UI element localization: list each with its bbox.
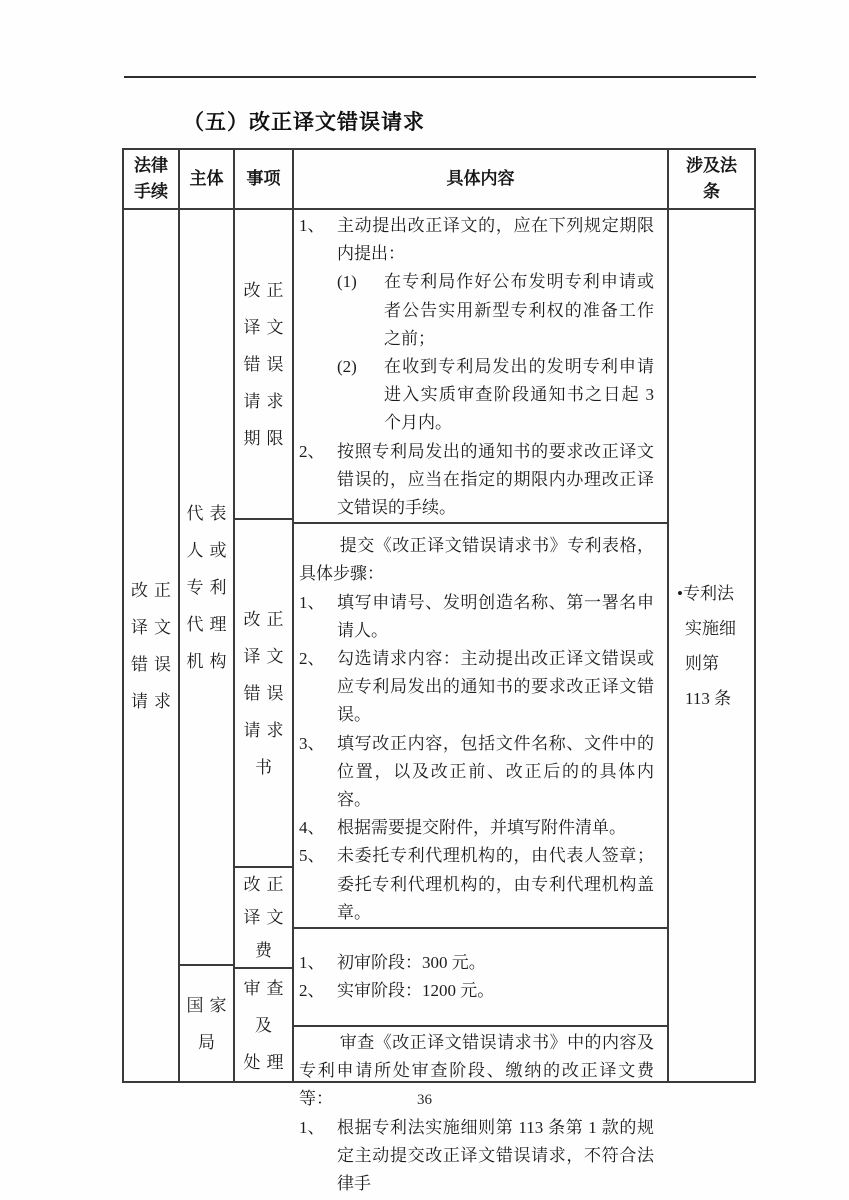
- item-marker: 1、: [299, 1114, 337, 1199]
- cell-item-fee: 改正译文费: [235, 868, 292, 969]
- vertical-text-line: 改正: [244, 601, 284, 638]
- vertical-text-line: 费: [255, 934, 272, 967]
- cell-details-request-form: 提交《改正译文错误请求书》专利表格，具体步骤：1、填写申请号、发明创造名称、第一…: [294, 524, 667, 929]
- text-line: 具体内容: [447, 166, 515, 192]
- detail-item: 2、按照专利局发出的通知书的要求改正译文错误的，应当在指定的期限内办理改正译文错…: [299, 438, 654, 523]
- text-line: 法律: [134, 153, 168, 179]
- detail-item: 3、填写改正内容，包括文件名称、文件中的位置，以及改正前、改正后的的具体内容。: [299, 730, 654, 815]
- detail-item: 5、未委托专利代理机构的，由代表人签章；委托专利代理机构的，由专利代理机构盖章。: [299, 842, 654, 927]
- item-marker: 1、: [299, 949, 337, 977]
- vertical-text-line: 及: [255, 1007, 272, 1044]
- item-text: 在专利局作好公布发明专利申请或者公告实用新型专利权的准备工作之前；: [384, 268, 654, 353]
- document-page: （五）改正译文错误请求 法律手续 改正译文错误请求 主体 代表人或专利代理机构 …: [0, 0, 849, 1200]
- cell-item-examination: 审查及处理: [235, 969, 292, 1081]
- vertical-text-line: 请求: [244, 383, 284, 420]
- header-related-articles: 涉及法条: [669, 150, 754, 210]
- item-text: 实审阶段：1200 元。: [337, 977, 654, 1005]
- column-item: 事项 改正译文错误请求期限 改正译文错误请求书 改正译文费 审查及处理: [235, 150, 294, 1081]
- text-line: 手续: [134, 179, 168, 205]
- text-line: •专利法: [677, 576, 754, 611]
- text-line: 则第: [685, 646, 754, 681]
- header-subject: 主体: [180, 150, 233, 210]
- vertical-text-line: 人或: [187, 532, 227, 569]
- item-marker: 2、: [299, 977, 337, 1005]
- item-text: 在收到专利局发出的发明专利申请进入实质审查阶段通知书之日起 3 个月内。: [384, 353, 654, 438]
- cell-subject-agent: 代表人或专利代理机构: [180, 210, 233, 966]
- detail-item: 1、填写申请号、发明创造名称、第一署名申请人。: [299, 589, 654, 645]
- text-line: 涉及法: [686, 153, 737, 179]
- header-divider: [124, 76, 756, 78]
- vertical-text-line: 错误: [244, 346, 284, 383]
- item-text: 按照专利局发出的通知书的要求改正译文错误的，应当在指定的期限内办理改正译文错误的…: [337, 438, 654, 523]
- vertical-text-line: 局: [198, 1024, 215, 1061]
- item-marker: (2): [337, 353, 384, 438]
- item-marker: 3、: [299, 730, 337, 815]
- vertical-text-line: 改正: [131, 572, 171, 609]
- cell-details-examination: 审查《改正译文错误请求书》中的内容及专利申请所处审查阶段、缴纳的改正译文费等：1…: [294, 1027, 667, 1198]
- detail-item: 1、初审阶段：300 元。: [299, 949, 654, 977]
- detail-item: 1、根据专利法实施细则第 113 条第 1 款的规定主动提交改正译文错误请求，不…: [299, 1114, 654, 1199]
- detail-subitem: (1)在专利局作好公布发明专利申请或者公告实用新型专利权的准备工作之前；: [337, 268, 654, 353]
- item-marker: 1、: [299, 589, 337, 645]
- section-title: （五）改正译文错误请求: [183, 106, 425, 136]
- cell-subject-state-bureau: 国家局: [180, 966, 233, 1081]
- vertical-text-line: 译文: [244, 638, 284, 675]
- vertical-text-line: 书: [255, 749, 272, 786]
- text-line: 条: [703, 179, 720, 205]
- header-item: 事项: [235, 150, 292, 210]
- item-text: 勾选请求内容：主动提出改正译文错误或应专利局发出的通知书的要求改正译文错误。: [337, 645, 654, 730]
- vertical-text-line: 代理: [187, 606, 227, 643]
- cell-legal-procedure: 改正译文错误请求: [124, 210, 178, 1081]
- item-text: 初审阶段：300 元。: [337, 949, 654, 977]
- vertical-text-line: 译文: [244, 309, 284, 346]
- detail-item: 1、主动提出改正译文的，应在下列规定期限内提出：: [299, 212, 654, 268]
- detail-item: 2、实审阶段：1200 元。: [299, 977, 654, 1005]
- page-number: 36: [0, 1092, 849, 1109]
- vertical-text-line: 改正: [244, 868, 284, 901]
- item-marker: 5、: [299, 842, 337, 927]
- item-marker: 1、: [299, 212, 337, 268]
- vertical-text-line: 改正: [244, 272, 284, 309]
- item-text: 填写改正内容，包括文件名称、文件中的位置，以及改正前、改正后的的具体内容。: [337, 730, 654, 815]
- vertical-text-line: 处理: [244, 1044, 284, 1081]
- vertical-text-line: 错误: [131, 646, 171, 683]
- text-line: 主体: [190, 166, 224, 192]
- vertical-text-line: 译文: [244, 901, 284, 934]
- column-legal-procedure: 法律手续 改正译文错误请求: [124, 150, 180, 1081]
- column-subject: 主体 代表人或专利代理机构 国家局: [180, 150, 235, 1081]
- header-details: 具体内容: [294, 150, 667, 210]
- vertical-text-line: 机构: [187, 643, 227, 680]
- text-line: 事项: [247, 166, 281, 192]
- cell-item-request-form: 改正译文错误请求书: [235, 520, 292, 868]
- cell-details-fee: 1、初审阶段：300 元。2、实审阶段：1200 元。: [294, 929, 667, 1027]
- item-text: 主动提出改正译文的，应在下列规定期限内提出：: [337, 212, 654, 268]
- cell-related-articles: •专利法实施细则第113 条: [669, 210, 754, 1081]
- intro-paragraph: 提交《改正译文错误请求书》专利表格，具体步骤：: [299, 532, 654, 588]
- item-text: 未委托专利代理机构的，由代表人签章；委托专利代理机构的，由专利代理机构盖章。: [337, 842, 654, 927]
- detail-item: 2、勾选请求内容：主动提出改正译文错误或应专利局发出的通知书的要求改正译文错误。: [299, 645, 654, 730]
- vertical-text-line: 国家: [187, 987, 227, 1024]
- vertical-text-line: 审查: [244, 970, 284, 1007]
- item-text: 根据专利法实施细则第 113 条第 1 款的规定主动提交改正译文错误请求，不符合…: [337, 1114, 654, 1199]
- detail-item: 4、根据需要提交附件，并填写附件清单。: [299, 814, 654, 842]
- text-line: 实施细: [685, 611, 754, 646]
- vertical-text-line: 专利: [187, 569, 227, 606]
- header-legal-procedure: 法律手续: [124, 150, 178, 210]
- item-marker: 2、: [299, 645, 337, 730]
- cell-item-deadline: 改正译文错误请求期限: [235, 210, 292, 520]
- column-details: 具体内容 1、主动提出改正译文的，应在下列规定期限内提出：(1)在专利局作好公布…: [294, 150, 669, 1081]
- vertical-text-line: 代表: [187, 495, 227, 532]
- procedure-table: 法律手续 改正译文错误请求 主体 代表人或专利代理机构 国家局 事项 改正译文错…: [122, 148, 756, 1083]
- item-marker: 2、: [299, 438, 337, 523]
- text-line: 113 条: [685, 681, 754, 716]
- item-text: 根据需要提交附件，并填写附件清单。: [337, 814, 654, 842]
- vertical-text-line: 请求: [131, 683, 171, 720]
- item-marker: 4、: [299, 814, 337, 842]
- column-related-articles: 涉及法条 •专利法实施细则第113 条: [669, 150, 754, 1081]
- vertical-text-line: 错误: [244, 675, 284, 712]
- detail-subitem: (2)在收到专利局发出的发明专利申请进入实质审查阶段通知书之日起 3 个月内。: [337, 353, 654, 438]
- vertical-text-line: 请求: [244, 712, 284, 749]
- cell-details-deadline: 1、主动提出改正译文的，应在下列规定期限内提出：(1)在专利局作好公布发明专利申…: [294, 210, 667, 524]
- vertical-text-line: 期限: [244, 420, 284, 457]
- item-text: 填写申请号、发明创造名称、第一署名申请人。: [337, 589, 654, 645]
- vertical-text-line: 译文: [131, 609, 171, 646]
- item-marker: (1): [337, 268, 384, 353]
